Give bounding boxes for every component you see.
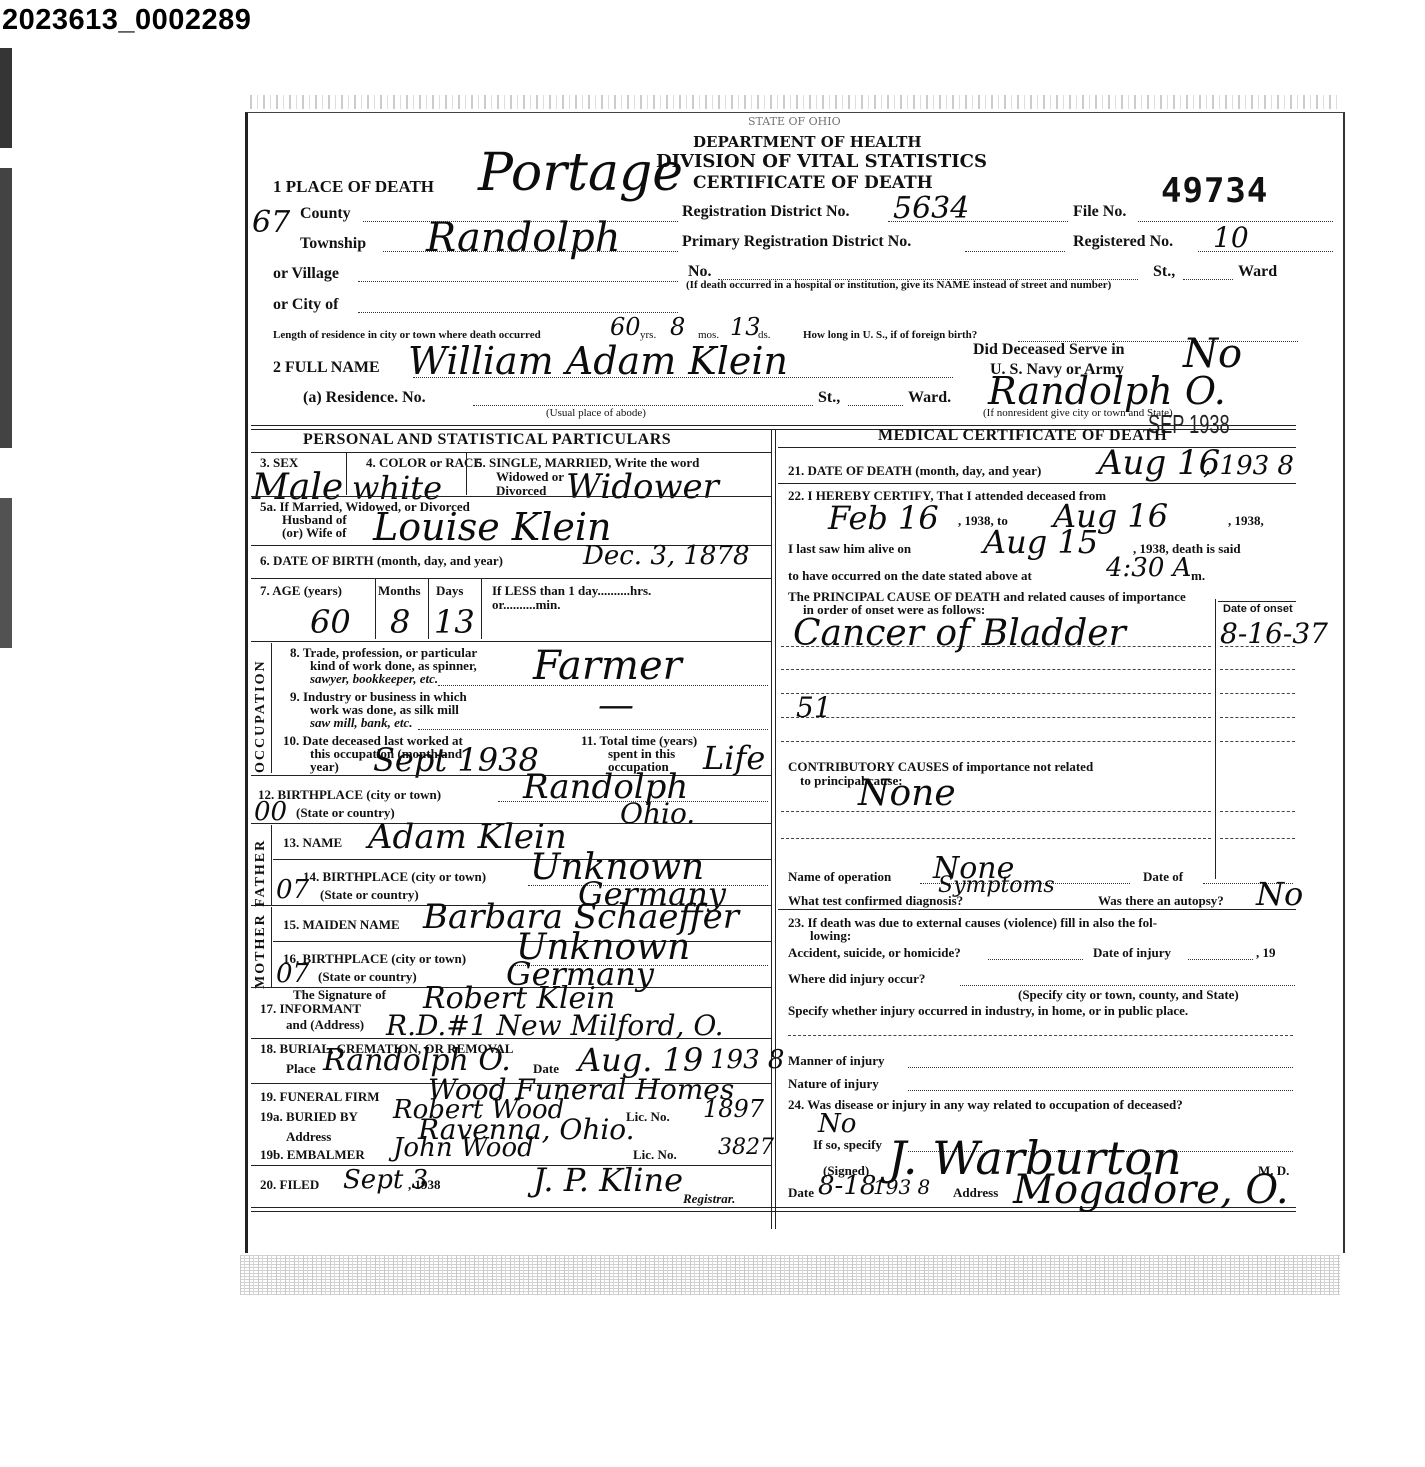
burial-place-label: Place	[286, 1061, 316, 1077]
father-side-label: FATHER	[253, 825, 269, 907]
cause-line-1	[781, 646, 1211, 647]
served-label-1: Did Deceased Serve in	[973, 341, 1125, 359]
if-so-label: If so, specify	[813, 1137, 882, 1153]
onset-line-5	[1220, 741, 1295, 742]
test-value: Symptoms	[938, 873, 1055, 898]
spouse-value: Louise Klein	[373, 505, 611, 549]
sex-divider	[346, 453, 347, 495]
principal-cause-value: Cancer of Bladder	[793, 613, 1126, 654]
onset-line-2	[1220, 669, 1295, 670]
division-heading: DIVISION OF VITAL STATISTICS	[656, 151, 987, 172]
hospital-note: (If death occurred in a hospital or inst…	[686, 279, 1111, 291]
where-note: (Specify city or town, county, and State…	[1018, 987, 1239, 1003]
filed-year: , 1938	[408, 1177, 441, 1193]
where-label: Where did injury occur?	[788, 971, 925, 987]
primary-registration-line	[965, 251, 1065, 252]
registered-no-label: Registered No.	[1073, 233, 1173, 251]
ward-line	[1183, 279, 1233, 280]
rule-after-embalmer	[251, 1165, 771, 1166]
cause-line-3	[781, 693, 1211, 694]
operation-label: Name of operation	[788, 869, 891, 885]
residence-street-line	[473, 405, 813, 406]
foreign-birth-label: How long in U. S., if of foreign birth?	[803, 329, 977, 341]
county-value: Portage	[478, 143, 683, 203]
filed-label: 20. FILED	[260, 1177, 319, 1193]
scan-noise-bottom	[240, 1255, 1340, 1295]
operation-date-label: Date of	[1143, 869, 1183, 885]
attended-from-value: Feb 16	[828, 499, 939, 537]
registration-district-line	[888, 221, 1068, 222]
contributory-line-1	[781, 811, 1211, 812]
father-side-rule	[271, 825, 272, 905]
accident-line	[988, 959, 1083, 960]
days-label: Days	[436, 583, 463, 599]
full-name-label: 2 FULL NAME	[273, 359, 380, 377]
autopsy-value: No	[1256, 875, 1303, 913]
divider-top-1	[251, 425, 1296, 426]
occurred-label: to have occurred on the date stated abov…	[788, 568, 1032, 584]
onset-line-4	[1220, 717, 1295, 718]
specify-line	[788, 1035, 1293, 1036]
cause-line-4	[781, 717, 1211, 718]
last-worked-value: Sept 1938	[373, 741, 539, 779]
onset-line-1	[1220, 646, 1295, 647]
death-certificate: STATE OF OHIO DEPARTMENT OF HEALTH DIVIS…	[245, 112, 1345, 1253]
sign-date-label: Date	[788, 1185, 814, 1201]
father-code: 07	[276, 875, 309, 905]
residence-label: (a) Residence. No.	[303, 389, 426, 407]
contributory-value: None	[858, 773, 956, 814]
father-birthplace-label: 14. BIRTHPLACE (city or town)	[303, 869, 486, 885]
scan-edge-smudge	[0, 48, 12, 1048]
last-saw-label: I last saw him alive on	[788, 541, 911, 557]
mother-birthplace-label: 16. BIRTHPLACE (city or town)	[283, 951, 466, 967]
industry-value: —	[598, 685, 634, 726]
months-divider	[428, 579, 429, 639]
months-label: Months	[378, 583, 421, 599]
township-field-line	[383, 251, 678, 252]
document-id: 2023613_0002289	[2, 4, 251, 37]
st-label: St.,	[1153, 263, 1175, 281]
embalmer-lic-value: 3827	[718, 1135, 774, 1160]
sign-date-value: 8-18	[818, 1171, 876, 1201]
sign-year-value: 193 8	[873, 1175, 930, 1199]
place-of-death-label: 1 PLACE OF DEATH	[273, 177, 434, 197]
full-name-line	[413, 377, 953, 378]
nature-label: Nature of injury	[788, 1076, 879, 1092]
personal-section-title: PERSONAL AND STATISTICAL PARTICULARS	[303, 431, 671, 449]
registrar-signature: J. P. Kline	[533, 1161, 683, 1199]
external-label-2: lowing:	[810, 928, 851, 944]
trade-label-3: sawyer, bookkeeper, etc.	[310, 671, 438, 687]
marital-value: Widower	[566, 467, 719, 507]
county-label: County	[300, 205, 351, 223]
personal-title-rule	[251, 452, 771, 453]
informant-label-2: 17. INFORMANT	[260, 1001, 361, 1017]
total-time-value: Life	[703, 739, 765, 777]
last-saw-value: Aug 15	[983, 523, 1098, 561]
column-divider-2	[775, 429, 776, 1229]
time-of-death-value: 4:30 A	[1106, 553, 1191, 583]
contributory-line-2	[781, 838, 1211, 839]
age-divider	[375, 579, 376, 639]
residence-st-label: St.,	[818, 389, 840, 407]
color-divider	[466, 453, 467, 495]
city-label: or City of	[273, 296, 338, 314]
test-label: What test confirmed diagnosis?	[788, 893, 963, 909]
township-label: Township	[300, 235, 366, 253]
primary-registration-label: Primary Registration District No.	[682, 233, 911, 251]
rule-after-date-of-death	[778, 483, 1296, 484]
injury-year-label: , 19	[1256, 945, 1276, 961]
dob-value: Dec. 3, 1878	[583, 541, 750, 571]
village-label: or Village	[273, 265, 339, 283]
days-divider	[481, 579, 482, 639]
onset-column-divider	[1215, 599, 1216, 879]
usual-place-note: (Usual place of abode)	[546, 407, 646, 419]
file-no-label: File No.	[1073, 203, 1126, 221]
injury-date-label: Date of injury	[1093, 945, 1171, 961]
nonresident-note: (If nonresident give city or town and St…	[983, 407, 1173, 419]
mother-side-rule	[271, 907, 272, 987]
age-months-value: 8	[390, 603, 410, 641]
cause-line-2	[781, 669, 1211, 670]
scan-noise-top	[250, 95, 1340, 109]
contributory-onset-line-2	[1220, 838, 1295, 839]
age-label: 7. AGE (years)	[260, 583, 342, 599]
embalmer-label: 19b. EMBALMER	[260, 1147, 365, 1163]
village-field-line	[358, 281, 678, 282]
industry-line	[418, 729, 768, 730]
mother-state-label: (State or country)	[318, 969, 417, 985]
residence-months: 8	[670, 313, 685, 341]
date-of-death-label: 21. DATE OF DEATH (month, day, and year)	[788, 463, 1041, 479]
manner-label: Manner of injury	[788, 1053, 885, 1069]
embalmer-value: John Wood	[393, 1133, 534, 1163]
specify-label: Specify whether injury occurred in indus…	[788, 1003, 1188, 1019]
township-value: Randolph	[426, 215, 621, 261]
residence-ward-line	[848, 405, 903, 406]
cause-code: 51	[796, 691, 832, 724]
time-suffix: m.	[1191, 568, 1205, 584]
injury-date-line	[1188, 959, 1253, 960]
rule-after-informant	[251, 1038, 771, 1039]
father-state-label: (State or country)	[320, 887, 419, 903]
buried-lic-value: 1897	[703, 1095, 764, 1123]
autopsy-label: Was there an autopsy?	[1098, 893, 1224, 909]
rule-after-age	[251, 641, 771, 642]
mother-code: 07	[276, 959, 309, 989]
date-of-death-value: Aug 16	[1098, 443, 1220, 483]
certificate-title: CERTIFICATE OF DEATH	[693, 173, 933, 193]
accident-label: Accident, suicide, or homicide?	[788, 945, 961, 961]
attended-to-year: , 1938,	[1228, 513, 1264, 529]
onset-line-3	[1220, 693, 1295, 694]
onset-header-rule	[1218, 601, 1296, 602]
industry-label-3: saw mill, bank, etc.	[310, 715, 413, 731]
registered-no-line	[1198, 251, 1333, 252]
state-heading: STATE OF OHIO	[748, 115, 841, 128]
where-line	[960, 985, 1295, 986]
onset-label: Date of onset	[1223, 603, 1293, 615]
last-worked-label-3: year)	[310, 759, 339, 775]
rule-after-dob	[251, 578, 771, 579]
manner-line	[908, 1067, 1293, 1068]
rule-after-autopsy	[778, 909, 1296, 910]
mother-maiden-label: 15. MAIDEN NAME	[283, 917, 400, 933]
residence-years: 60	[610, 313, 641, 341]
physician-address-label: Address	[953, 1185, 998, 1201]
registered-no-value: 10	[1213, 221, 1249, 254]
less-than-day-label-2: or..........min.	[492, 597, 561, 613]
occupation-related-value: No	[818, 1109, 856, 1139]
occupation-side-label: OCCUPATION	[253, 653, 269, 773]
age-days-value: 13	[434, 603, 475, 641]
contributory-onset-line-1	[1220, 811, 1295, 812]
ward-label: Ward	[1238, 263, 1277, 281]
informant-label-3: and (Address)	[286, 1017, 364, 1033]
buried-by-label: 19a. BURIED BY	[260, 1109, 358, 1125]
burial-year-value: 193 8	[710, 1045, 784, 1075]
trade-value: Farmer	[533, 643, 682, 689]
spouse-label-3: (or) Wife of	[282, 525, 347, 541]
residence-ward-label: Ward.	[908, 389, 951, 407]
age-years-value: 60	[310, 603, 351, 641]
registration-district-label: Registration District No.	[682, 203, 850, 221]
rule-after-sex	[251, 496, 771, 497]
mother-side-label: MOTHER	[253, 909, 269, 989]
date-of-death-year: , 193 8	[1203, 451, 1294, 481]
department-heading: DEPARTMENT OF HEALTH	[693, 133, 922, 151]
father-name-label: 13. NAME	[283, 835, 342, 851]
physician-address-value: Mogadore, O.	[1013, 1167, 1289, 1213]
county-code: 67	[252, 205, 290, 240]
registrar-label: Registrar.	[683, 1191, 735, 1207]
rule-after-occupation	[251, 775, 771, 776]
nature-line	[908, 1090, 1293, 1091]
burial-address-label: Address	[286, 1129, 331, 1145]
column-divider-1	[771, 429, 772, 1229]
birthplace-state-value: Ohio.	[620, 797, 695, 830]
residence-days: 13	[730, 313, 761, 341]
occupation-side-rule	[271, 643, 272, 773]
cause-line-5	[781, 741, 1211, 742]
dob-label: 6. DATE OF BIRTH (month, day, and year)	[260, 553, 503, 569]
file-number: 49734	[1161, 171, 1268, 211]
funeral-firm-label: 19. FUNERAL FIRM	[260, 1089, 380, 1105]
